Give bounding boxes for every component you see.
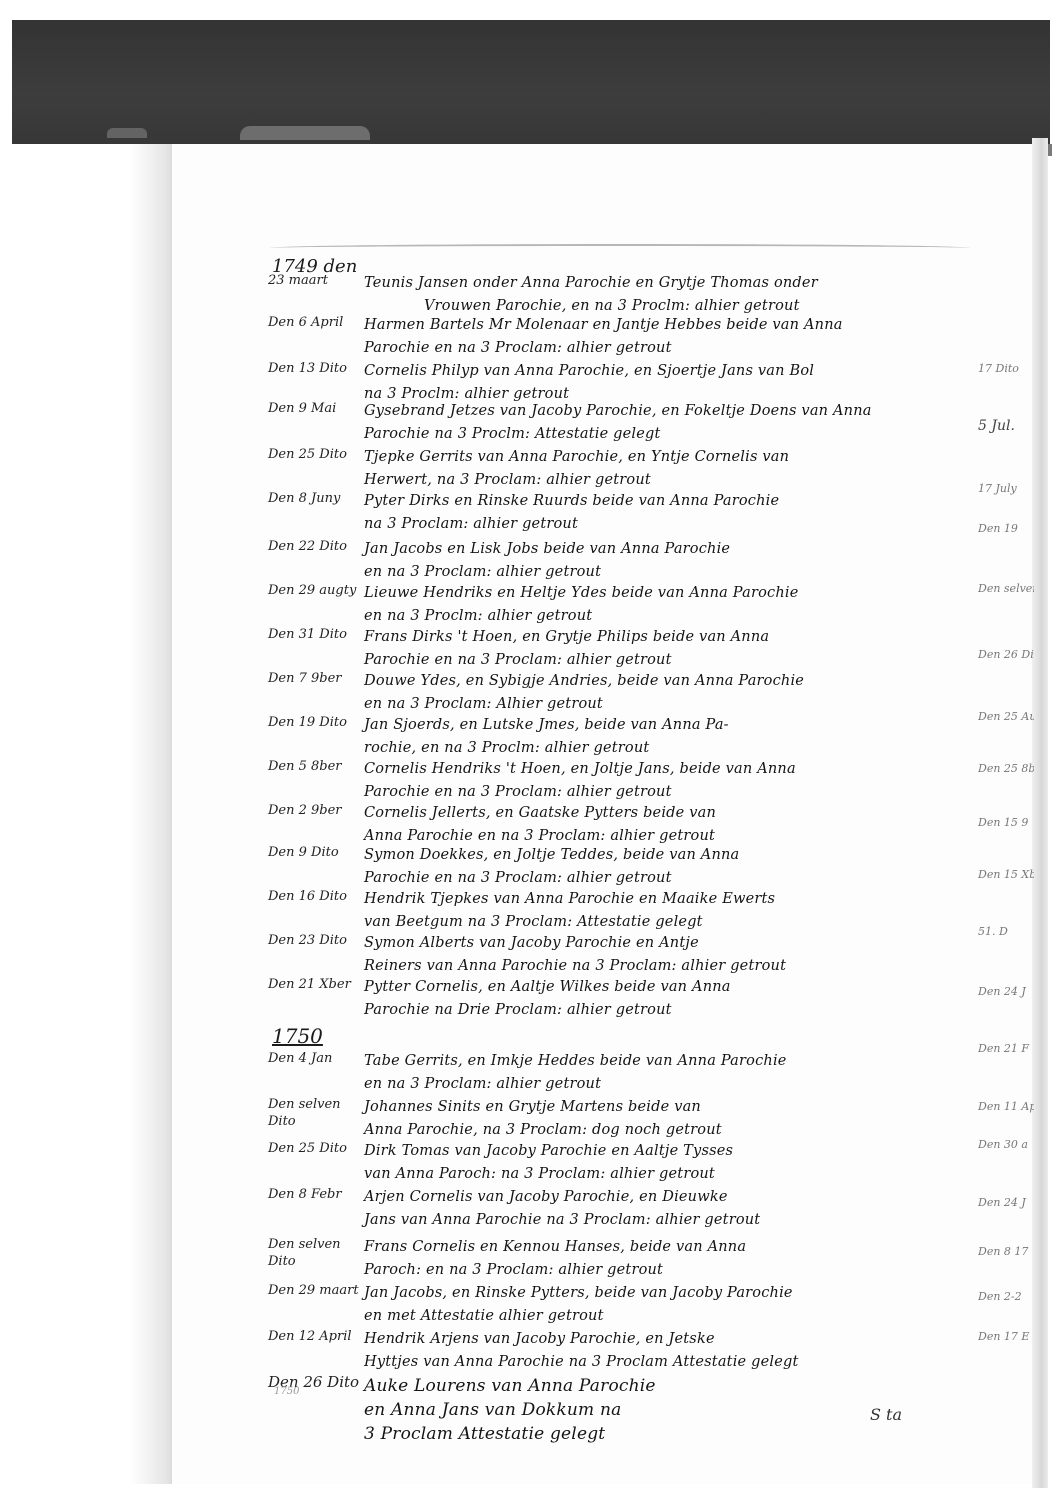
entry-text: Dirk Tomas van Jacoby Parochie en Aaltje… xyxy=(364,1140,964,1186)
entry-text: Arjen Cornelis van Jacoby Parochie, en D… xyxy=(364,1186,964,1232)
entry-line: Pyter Dirks en Rinske Ruurds beide van A… xyxy=(364,493,779,509)
entry-date: Den 23 Dito xyxy=(268,932,360,949)
entry-text: Frans Dirks 't Hoen, en Grytje Philips b… xyxy=(364,626,964,672)
entry-text: Jan Jacobs, en Rinske Pytters, beide van… xyxy=(364,1282,964,1328)
margin-note: Den 15 9 xyxy=(978,816,1034,829)
entry-date: Den 19 Dito xyxy=(268,714,360,731)
entry-date: Den 29 augty xyxy=(268,582,360,599)
entry-line: Anna Parochie, na 3 Proclam: dog noch ge… xyxy=(364,1119,964,1142)
entry-line: Parochie na 3 Proclm: Attestatie gelegt xyxy=(364,423,964,446)
entry-line: Cornelis Hendriks 't Hoen, en Joltje Jan… xyxy=(364,761,796,777)
entry-line: Pytter Cornelis, en Aaltje Wilkes beide … xyxy=(364,979,731,995)
entry-text: Johannes Sinits en Grytje Martens beide … xyxy=(364,1096,964,1142)
entry-date: Den 8 Juny xyxy=(268,490,360,507)
entry-text: Douwe Ydes, en Sybigje Andries, beide va… xyxy=(364,670,964,716)
entry-date: Den 16 Dito xyxy=(268,888,360,905)
margin-note: Den 19 xyxy=(978,522,1034,535)
margin-note: Den 21 F xyxy=(978,1042,1034,1055)
entry-line: Parochie en na 3 Proclam: alhier getrout xyxy=(364,781,964,804)
entry-line: Dirk Tomas van Jacoby Parochie en Aaltje… xyxy=(364,1143,733,1159)
entry-date: Den 25 Dito xyxy=(268,446,360,463)
entry-date: Den 9 Dito xyxy=(268,844,360,861)
entry-date: Den 13 Dito xyxy=(268,360,360,377)
entry-text: Cornelis Hendriks 't Hoen, en Joltje Jan… xyxy=(364,758,964,804)
entry-line: van Anna Paroch: na 3 Proclam: alhier ge… xyxy=(364,1163,964,1186)
signature-flourish: S ta xyxy=(870,1405,902,1424)
entry-text: Gysebrand Jetzes van Jacoby Parochie, en… xyxy=(364,400,964,446)
entry-line: Arjen Cornelis van Jacoby Parochie, en D… xyxy=(364,1189,728,1205)
entry-date: Den selven Dito xyxy=(268,1096,360,1130)
entry-line: Parochie en na 3 Proclam: alhier getrout xyxy=(364,867,964,890)
margin-note: 17 July xyxy=(978,482,1034,495)
entry-date: Den 31 Dito xyxy=(268,626,360,643)
entry-line: 3 Proclam Attestatie gelegt xyxy=(364,1422,964,1446)
entry-date: Den 9 Mai xyxy=(268,400,360,417)
entry-text: Lieuwe Hendriks en Heltje Ydes beide van… xyxy=(364,582,964,628)
entry-date: Den selven Dito xyxy=(268,1236,360,1270)
entry-line: Hyttjes van Anna Parochie na 3 Proclam A… xyxy=(364,1351,964,1374)
entry-line: en na 3 Proclam: alhier getrout xyxy=(364,1073,964,1096)
entry-text: Pytter Cornelis, en Aaltje Wilkes beide … xyxy=(364,976,964,1022)
margin-note: Den 11 Apr xyxy=(978,1100,1034,1113)
entry-line: Tabe Gerrits, en Imkje Heddes beide van … xyxy=(364,1053,787,1069)
entry-date: Den 12 April xyxy=(268,1328,360,1345)
entry-line: Frans Dirks 't Hoen, en Grytje Philips b… xyxy=(364,629,769,645)
entry-line: Cornelis Philyp van Anna Parochie, en Sj… xyxy=(364,363,814,379)
left-margin-note: 1750 xyxy=(274,1386,299,1397)
entry-line: rochie, en na 3 Proclm: alhier getrout xyxy=(364,737,964,760)
entry-line: Reiners van Anna Parochie na 3 Proclam: … xyxy=(364,955,964,978)
page-torn-top-edge xyxy=(270,244,970,252)
entry-line: Parochie en na 3 Proclam: alhier getrout xyxy=(364,649,964,672)
margin-note: Den 15 Xber xyxy=(978,868,1034,881)
entry-text: Teunis Jansen onder Anna Parochie en Gry… xyxy=(364,272,964,318)
entry-text: Hendrik Tjepkes van Anna Parochie en Maa… xyxy=(364,888,964,934)
entry-line: Cornelis Jellerts, en Gaatske Pytters be… xyxy=(364,805,716,821)
entry-line: Jan Jacobs en Lisk Jobs beide van Anna P… xyxy=(364,541,730,557)
margin-note: Den 24 J xyxy=(978,1196,1034,1209)
entry-text: Jan Jacobs en Lisk Jobs beide van Anna P… xyxy=(364,538,964,584)
entry-line: Auke Lourens van Anna Parochie xyxy=(364,1376,656,1396)
margin-note: Den 24 J xyxy=(978,985,1034,998)
entry-line: Johannes Sinits en Grytje Martens beide … xyxy=(364,1099,701,1115)
entry-date: Den 4 Jan xyxy=(268,1050,360,1067)
entry-line: Harmen Bartels Mr Molenaar en Jantje Heb… xyxy=(364,317,843,333)
entry-text: Cornelis Jellerts, en Gaatske Pytters be… xyxy=(364,802,964,848)
margin-note: Den 8 17 xyxy=(978,1245,1034,1258)
scanner-clip-middle xyxy=(240,126,370,140)
entry-text: Frans Cornelis en Kennou Hanses, beide v… xyxy=(364,1236,964,1282)
entry-text: Pyter Dirks en Rinske Ruurds beide van A… xyxy=(364,490,964,536)
entry-date: Den 21 Xber xyxy=(268,976,360,993)
entry-line: Lieuwe Hendriks en Heltje Ydes beide van… xyxy=(364,585,798,601)
margin-note: Den 25 Augusty xyxy=(978,710,1034,723)
margin-note: 51. D xyxy=(978,925,1034,938)
entry-date: Den 7 9ber xyxy=(268,670,360,687)
entry-line: Teunis Jansen onder Anna Parochie en Gry… xyxy=(364,275,818,291)
entry-line: van Beetgum na 3 Proclam: Attestatie gel… xyxy=(364,911,964,934)
margin-note: 17 Dito xyxy=(978,362,1034,375)
entry-line: Gysebrand Jetzes van Jacoby Parochie, en… xyxy=(364,403,872,419)
entry-date: 23 maart xyxy=(268,272,360,289)
entry-date: Den 6 April xyxy=(268,314,360,331)
margin-note: Den selven Dito xyxy=(978,582,1034,595)
entry-line: Tjepke Gerrits van Anna Parochie, en Ynt… xyxy=(364,449,789,465)
margin-note: Den 17 E xyxy=(978,1330,1034,1343)
entry-line: Hendrik Arjens van Jacoby Parochie, en J… xyxy=(364,1331,715,1347)
year-heading-1750: 1750 xyxy=(272,1024,323,1048)
entry-line: Symon Doekkes, en Joltje Teddes, beide v… xyxy=(364,847,739,863)
entry-line: Parochie na Drie Proclam: alhier getrout xyxy=(364,999,964,1022)
entry-line: en na 3 Proclam: alhier getrout xyxy=(364,561,964,584)
entry-date: Den 22 Dito xyxy=(268,538,360,555)
entry-line: en met Attestatie alhier getrout xyxy=(364,1305,964,1328)
entry-line: Jan Jacobs, en Rinske Pytters, beide van… xyxy=(364,1285,793,1301)
entry-text: Symon Alberts van Jacoby Parochie en Ant… xyxy=(364,932,964,978)
margin-note: Den 2-2 xyxy=(978,1290,1034,1303)
entry-line: Jans van Anna Parochie na 3 Proclam: alh… xyxy=(364,1209,964,1232)
entry-line: na 3 Proclam: alhier getrout xyxy=(364,513,964,536)
entry-text: Symon Doekkes, en Joltje Teddes, beide v… xyxy=(364,844,964,890)
entry-date: Den 25 Dito xyxy=(268,1140,360,1157)
entry-line: en na 3 Proclam: Alhier getrout xyxy=(364,693,964,716)
entry-line: Hendrik Tjepkes van Anna Parochie en Maa… xyxy=(364,891,775,907)
margin-note: Den 26 Dito xyxy=(978,648,1034,661)
entry-date: Den 8 Febr xyxy=(268,1186,360,1203)
entry-text: Tabe Gerrits, en Imkje Heddes beide van … xyxy=(364,1050,964,1096)
entry-line: Parochie en na 3 Proclam: alhier getrout xyxy=(364,337,964,360)
entry-line: Douwe Ydes, en Sybigje Andries, beide va… xyxy=(364,673,804,689)
entry-text: Tjepke Gerrits van Anna Parochie, en Ynt… xyxy=(364,446,964,492)
entry-date: Den 2 9ber xyxy=(268,802,360,819)
entry-line: Frans Cornelis en Kennou Hanses, beide v… xyxy=(364,1239,746,1255)
entry-line: Symon Alberts van Jacoby Parochie en Ant… xyxy=(364,935,699,951)
entry-text: Jan Sjoerds, en Lutske Jmes, beide van A… xyxy=(364,714,964,760)
scanner-dark-background xyxy=(12,20,1050,144)
page-right-edge xyxy=(1032,138,1048,1488)
entry-date: Den 5 8ber xyxy=(268,758,360,775)
scanner-clip-left xyxy=(107,128,147,138)
margin-note: 5 Jul. xyxy=(978,418,1034,434)
entry-line: Herwert, na 3 Proclam: alhier getrout xyxy=(364,469,964,492)
entry-line: Jan Sjoerds, en Lutske Jmes, beide van A… xyxy=(364,717,729,733)
entry-text: Harmen Bartels Mr Molenaar en Jantje Heb… xyxy=(364,314,964,360)
margin-note: Den 25 8ber xyxy=(978,762,1034,775)
margin-note: Den 30 a xyxy=(978,1138,1034,1151)
entry-date: Den 29 maart xyxy=(268,1282,360,1299)
entry-line: en na 3 Proclm: alhier getrout xyxy=(364,605,964,628)
entry-text: Hendrik Arjens van Jacoby Parochie, en J… xyxy=(364,1328,964,1374)
entry-line: Paroch: en na 3 Proclam: alhier getrout xyxy=(364,1259,964,1282)
